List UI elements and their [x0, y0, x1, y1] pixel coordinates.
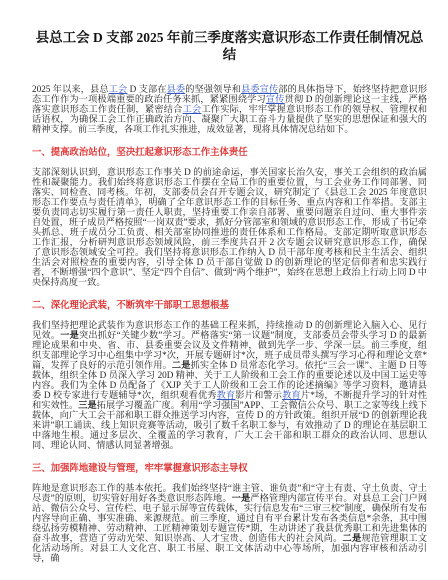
section-3-body: 阵地是意识形态工作的基本依托。我们始终坚持“谁主管、谁负责”和“守土有责、守土负… — [32, 483, 427, 563]
text-run: 影片和警示 — [235, 390, 282, 400]
text-run: D 支部在 — [127, 84, 166, 94]
inline-link[interactable]: 县委宣传 — [241, 84, 278, 94]
bold-run: 一是 — [232, 493, 251, 503]
section-2-heading: 二、深化理论武装，不断筑牢干部职工思想根基 — [32, 301, 427, 311]
inline-link[interactable]: 教育 — [217, 390, 236, 400]
inline-link[interactable]: 教育 — [282, 390, 301, 400]
bold-run: 一是 — [60, 330, 79, 340]
section-1-body: 支部深刻认识到，意识形态工作事关 D 的前途命运，事关国家长治久安，事关工会组织… — [32, 167, 427, 287]
text-run: 的坚强领导和 — [185, 84, 241, 94]
bold-run: 二是 — [172, 360, 191, 370]
document-page: 县总工会 D 支部 2025 年前三季度落实意识形态工作责任制情况总结 2025… — [0, 0, 448, 580]
inline-link[interactable]: 工会 — [109, 84, 128, 94]
inline-link[interactable]: 宣传 — [266, 94, 285, 104]
inline-link[interactable]: 县委 — [167, 84, 186, 94]
inline-link[interactable]: 工会 — [183, 104, 202, 114]
intro-paragraph: 2025 年以来，县总工会 D 支部在县委的坚强领导和县委宣传部的具体指导下，始… — [32, 84, 427, 134]
text-run: 2025 年以来，县总 — [32, 84, 109, 94]
bold-run: 二是 — [343, 533, 362, 543]
document-title: 县总工会 D 支部 2025 年前三季度落实意识形态工作责任制情况总结 — [32, 29, 427, 63]
section-3-heading: 三、加强阵地建设与管理，牢牢掌握意识形态主导权 — [32, 464, 427, 474]
section-2-body: 我们坚持把理论武装作为意识形态工作的基础工程来抓，持续推动 D 的创新理论入脑入… — [32, 320, 427, 450]
text-run: 支部深刻认识到，意识形态工作事关 D 的前途命运，事关国家长治久安，事关工会组织… — [32, 167, 427, 287]
section-1-heading: 一、提高政治站位，坚决扛起意识形态工作主体责任 — [32, 148, 427, 158]
bold-run: 三是 — [78, 400, 97, 410]
